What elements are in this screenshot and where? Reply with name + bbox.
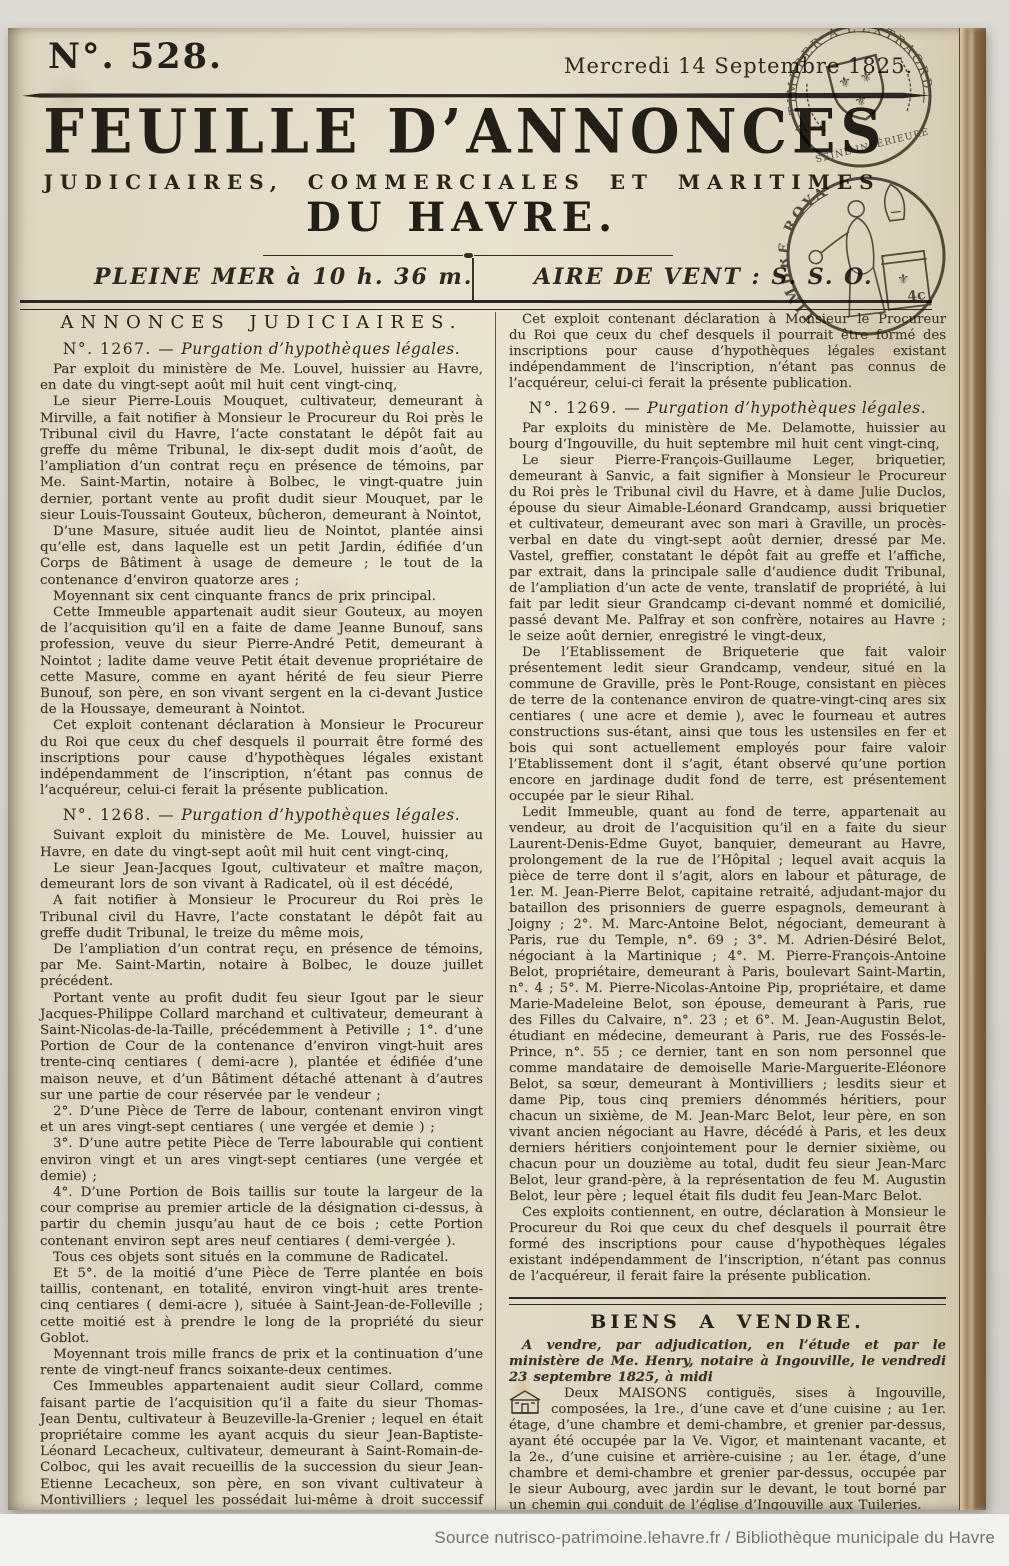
fleur-de-lis-icon: ⚜: [852, 91, 869, 112]
notice-paragraph: Suivant exploit du ministère de Me. Louv…: [40, 828, 483, 860]
scanned-newspaper-view: N°. 528. Mercredi 14 Septembre 1825. FEU…: [0, 0, 1009, 1566]
timbre-royal-stamp: TIMBRE ROYAL. ⚜ 4c: [770, 158, 962, 354]
notice-paragraph: 2°. D’une Pièce de Terre de labour, cont…: [40, 1104, 483, 1136]
fleur-de-lis-icon: ⚜: [858, 67, 875, 88]
notice-paragraph: Le sieur Jean-Jacques Igout, cultivateur…: [40, 861, 483, 893]
notice-paragraph: Ces exploits contiennent, en outre, décl…: [509, 1205, 946, 1285]
notice-paragraph: Ces Immeubles appartenaient audit sieur …: [40, 1379, 483, 1510]
notice-paragraph: Tous ces objets sont situés en la commun…: [40, 1250, 483, 1266]
notice-number: N°. 1267. —: [63, 340, 175, 358]
classical-figure: [803, 199, 885, 320]
notice-1267-heading: N°. 1267. —Purgation d’hypothèques légal…: [40, 340, 483, 358]
notice-number: N°. 1268. —: [63, 806, 175, 824]
notice-paragraph: De l’Etablissement de Briqueterie que fa…: [509, 645, 946, 805]
notice-paragraph: Et 5°. de la moitié d’une Pièce de Terre…: [40, 1266, 483, 1347]
notice-title: Purgation d’hypothèques légales.: [181, 340, 460, 358]
book-binding-edge: [959, 28, 986, 1510]
notice-paragraph: Portant vente au profit dudit feu sieur …: [40, 991, 483, 1104]
stamp-arc-text: TIMBRE ROYAL.: [770, 178, 880, 329]
notice-paragraph: Ledit Immeuble, quant au fond de terre, …: [509, 805, 946, 1205]
notice-title: Purgation d’hypothèques légales.: [181, 806, 460, 824]
notice-1269-heading: N°. 1269. —Purgation d’hypothèques légal…: [509, 399, 946, 417]
pedestal: ⚜ 4c: [880, 251, 932, 310]
page-columns: ANNONCES JUDICIAIRES. N°. 1267. —Purgati…: [40, 312, 946, 1510]
section-title: ANNONCES JUDICIAIRES.: [40, 312, 483, 333]
biens-a-vendre-heading: BIENS A VENDRE.: [509, 1311, 946, 1333]
house-icon: [507, 1389, 543, 1415]
notice-title: Purgation d’hypothèques légales.: [647, 399, 926, 417]
svg-text:A TIMBRER A L’EXTRAORD.: A TIMBRER A L’EXTRAORD.: [768, 28, 940, 137]
right-column: Cet exploit contenant déclaration à Mons…: [495, 312, 946, 1510]
tide-info: PLEINE MER à 10 h. 36 m.: [94, 264, 473, 290]
newspaper-page: N°. 528. Mercredi 14 Septembre 1825. FEU…: [8, 28, 986, 1510]
notice-paragraph: Moyennant trois mille francs de prix et …: [40, 1347, 483, 1379]
stamp-arc-text: A TIMBRER A L’EXTRAORD.: [768, 28, 940, 137]
tide-wind-divider: [472, 258, 474, 300]
stamp-bottom-text: SEINE INFÉRIEURE: [814, 126, 930, 166]
notice-paragraph: D’une Masure, située audit lieu de Noint…: [40, 524, 483, 589]
fleur-de-lis-icon: ⚜: [896, 271, 910, 288]
notice-paragraph: Cette Immeuble appartenait audit sieur G…: [40, 605, 483, 718]
notice-paragraph: Par exploit du ministère de Me. Louvel, …: [40, 362, 483, 394]
sale-notice-intro: A vendre, par adjudication, en l’étude e…: [509, 1338, 946, 1386]
svg-text:TIMBRE ROYAL.: TIMBRE ROYAL.: [770, 178, 880, 329]
ornament-divider: [263, 252, 673, 259]
notice-paragraph: Par exploits du ministère de Me. Delamot…: [509, 421, 946, 453]
notice-paragraph: Le sieur Pierre-Louis Mouquet, cultivate…: [40, 394, 483, 524]
issue-number: N°. 528.: [48, 36, 223, 77]
left-column: ANNONCES JUDICIAIRES. N°. 1267. —Purgati…: [40, 312, 483, 1510]
notice-paragraph: 4°. D’une Portion de Bois taillis sur to…: [40, 1185, 483, 1250]
lyre-icon: [882, 183, 905, 221]
notice-paragraph: A fait notifier à Monsieur le Procureur …: [40, 893, 483, 942]
notice-paragraph: Cet exploit contenant déclaration à Mons…: [40, 718, 483, 799]
sale-notice-text: Deux MAISONS contiguës, sises à Ingouvil…: [509, 1386, 946, 1510]
notice-paragraph: Le sieur Pierre-François-Guillaume Leger…: [509, 453, 946, 645]
stamp-denomination: 4c: [906, 287, 926, 305]
scan-footer-band: Source nutrisco-patrimoine.lehavre.fr / …: [0, 1514, 1009, 1566]
notice-paragraph: De l’ampliation d’un contrat reçu, en pr…: [40, 942, 483, 991]
source-credit: Source nutrisco-patrimoine.lehavre.fr / …: [434, 1528, 995, 1548]
notice-1268-heading: N°. 1268. —Purgation d’hypothèques légal…: [40, 806, 483, 824]
fleur-de-lis-icon: ⚜: [836, 72, 853, 93]
section-divider-rule: [509, 1297, 946, 1305]
notice-paragraph: 3°. D’une autre petite Pièce de Terre la…: [40, 1136, 483, 1185]
notice-paragraph: Moyennant six cent cinquante francs de p…: [40, 589, 483, 605]
notice-number: N°. 1269. —: [529, 399, 641, 417]
sale-notice-body: Deux MAISONS contiguës, sises à Ingouvil…: [509, 1386, 946, 1510]
